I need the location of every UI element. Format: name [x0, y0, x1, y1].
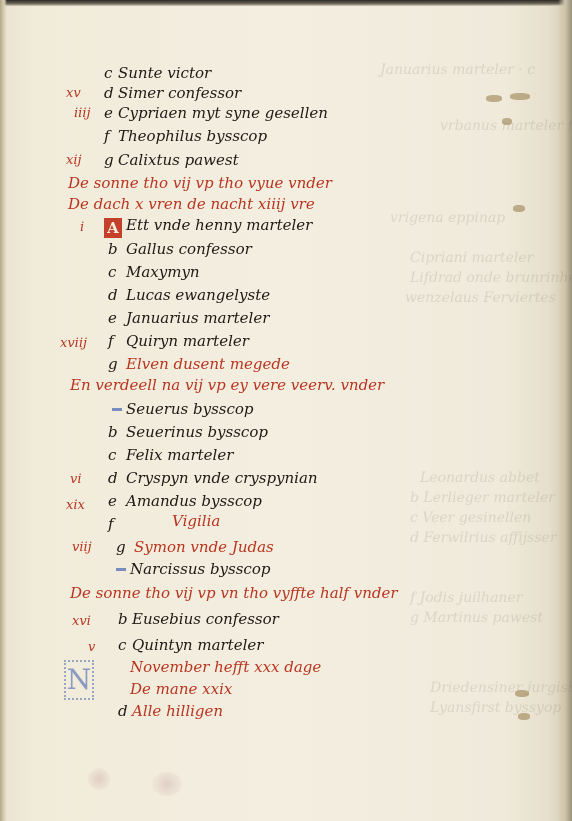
feast-entry: Maxymyn — [126, 263, 200, 281]
feast-entry: Seuerinus bysscop — [126, 423, 268, 441]
ink-smudge — [502, 118, 512, 125]
rubric-sun-times: De sonne tho vij vp vn tho vyffte half v… — [70, 584, 398, 602]
feast-entry: Felix marteler — [126, 446, 233, 464]
blue-initial-mark — [112, 408, 122, 411]
feast-entry: Amandus bysscop — [126, 492, 262, 510]
feast-entry: Januarius marteler — [126, 309, 269, 327]
feast-entry: Eusebius confessor — [132, 610, 279, 628]
dominical-letter: b — [118, 610, 128, 628]
golden-number: xix — [66, 498, 85, 513]
rubric-sun-times: En verdeell na vij vp ey vere veerv. vnd… — [70, 376, 384, 394]
rubric-month-heading: November hefft xxx dage — [130, 658, 321, 676]
feast-entry: Cryspyn vnde cryspynian — [126, 469, 318, 487]
feast-entry: Sunte victor — [118, 64, 211, 82]
dominical-letter: f — [104, 127, 110, 145]
feast-entry: Simer confessor — [118, 84, 241, 102]
golden-number: xvi — [72, 614, 91, 629]
bleed-through-text: wenzelaus Ferviertes — [405, 290, 556, 306]
blue-initial-n: N — [64, 660, 94, 700]
dominical-letter: c — [108, 263, 116, 281]
feast-entry: Quiryn marteler — [126, 332, 249, 350]
feast-entry: Cypriaen myt syne gesellen — [118, 104, 328, 122]
bleed-through-text: g Martinus pawest — [410, 610, 543, 626]
bleed-through-text: d Ferwilrius affijsser — [410, 530, 557, 546]
ink-smudge — [513, 205, 525, 212]
feast-entry-red: Symon vnde Judas — [134, 538, 274, 556]
manuscript-page: Januarius marteler · c vrbanus marteler … — [0, 0, 572, 821]
golden-number: xv — [66, 86, 81, 101]
dominical-letter: c — [108, 446, 116, 464]
golden-number: iiij — [74, 106, 91, 121]
bleed-through-text: Lifdrad onde brunrinhen — [410, 270, 572, 286]
dominical-letter: e — [108, 492, 117, 510]
stain — [152, 772, 182, 796]
feast-entry-red: Vigilia — [172, 512, 220, 530]
dominical-letter: b — [108, 423, 118, 441]
rubric-sun-times: De sonne tho vij vp tho vyue vnder — [68, 174, 332, 192]
golden-number: viij — [72, 540, 92, 555]
ink-smudge — [515, 690, 529, 697]
ink-smudge — [486, 95, 502, 102]
bleed-through-text: Driedensiner jurgisboni — [430, 680, 572, 696]
feast-entry: Quintyn marteler — [132, 636, 263, 654]
golden-number: vi — [70, 472, 82, 487]
bleed-through-text: c Veer gesinellen — [410, 510, 531, 526]
dominical-letter: c — [104, 64, 112, 82]
blue-initial-mark — [116, 568, 126, 571]
bleed-through-text: b Lerlieger marteler — [410, 490, 555, 506]
feast-entry: Seuerus bysscop — [126, 400, 254, 418]
dominical-letter: g — [104, 151, 114, 169]
book-top-edge — [0, 0, 572, 6]
bleed-through-text: Januarius marteler · c — [380, 62, 535, 78]
feast-entry: Narcissus bysscop — [130, 560, 270, 578]
bleed-through-text: f Jodis juilhaner — [410, 590, 522, 606]
bleed-through-text: Leonardus abbet — [420, 470, 540, 486]
bleed-through-text: Lyansfirst byssyop — [430, 700, 561, 716]
ink-smudge — [518, 713, 530, 720]
dominical-letter: f — [108, 515, 114, 533]
bleed-through-text: Cipriani marteler — [410, 250, 533, 266]
dominical-letter: g — [108, 355, 118, 373]
bleed-through-text: vrigena eppinap — [390, 210, 505, 226]
dominical-letter: b — [108, 240, 118, 258]
feast-entry: Gallus confessor — [126, 240, 252, 258]
rubric-moon: De mane xxix — [130, 680, 232, 698]
dominical-letter: e — [108, 309, 117, 327]
rubric-day-length: De dach x vren de nacht xiiij vre — [68, 195, 315, 213]
dominical-letter: e — [104, 104, 113, 122]
feast-entry: Theophilus bysscop — [118, 127, 267, 145]
feast-entry-red: Elven dusent megede — [126, 355, 290, 373]
golden-number: xij — [66, 153, 82, 168]
golden-number: v — [88, 640, 95, 655]
feast-entry: Lucas ewangelyste — [126, 286, 270, 304]
dominical-letter: d — [118, 702, 128, 720]
feast-entry: Calixtus pawest — [118, 151, 239, 169]
dominical-letter: d — [108, 469, 118, 487]
stain — [88, 768, 110, 790]
dominical-letter: g — [116, 538, 126, 556]
dominical-letter: d — [104, 84, 114, 102]
golden-number: i — [80, 220, 84, 235]
ink-smudge — [510, 93, 530, 100]
dominical-letter: c — [118, 636, 126, 654]
red-initial-a: A — [104, 218, 122, 238]
dominical-letter: f — [108, 332, 114, 350]
dominical-letter: d — [108, 286, 118, 304]
golden-number: xviij — [60, 336, 87, 351]
gutter-edge — [0, 0, 7, 821]
feast-entry: Ett vnde henny marteler — [126, 216, 312, 234]
feast-entry-red: Alle hilligen — [132, 702, 223, 720]
